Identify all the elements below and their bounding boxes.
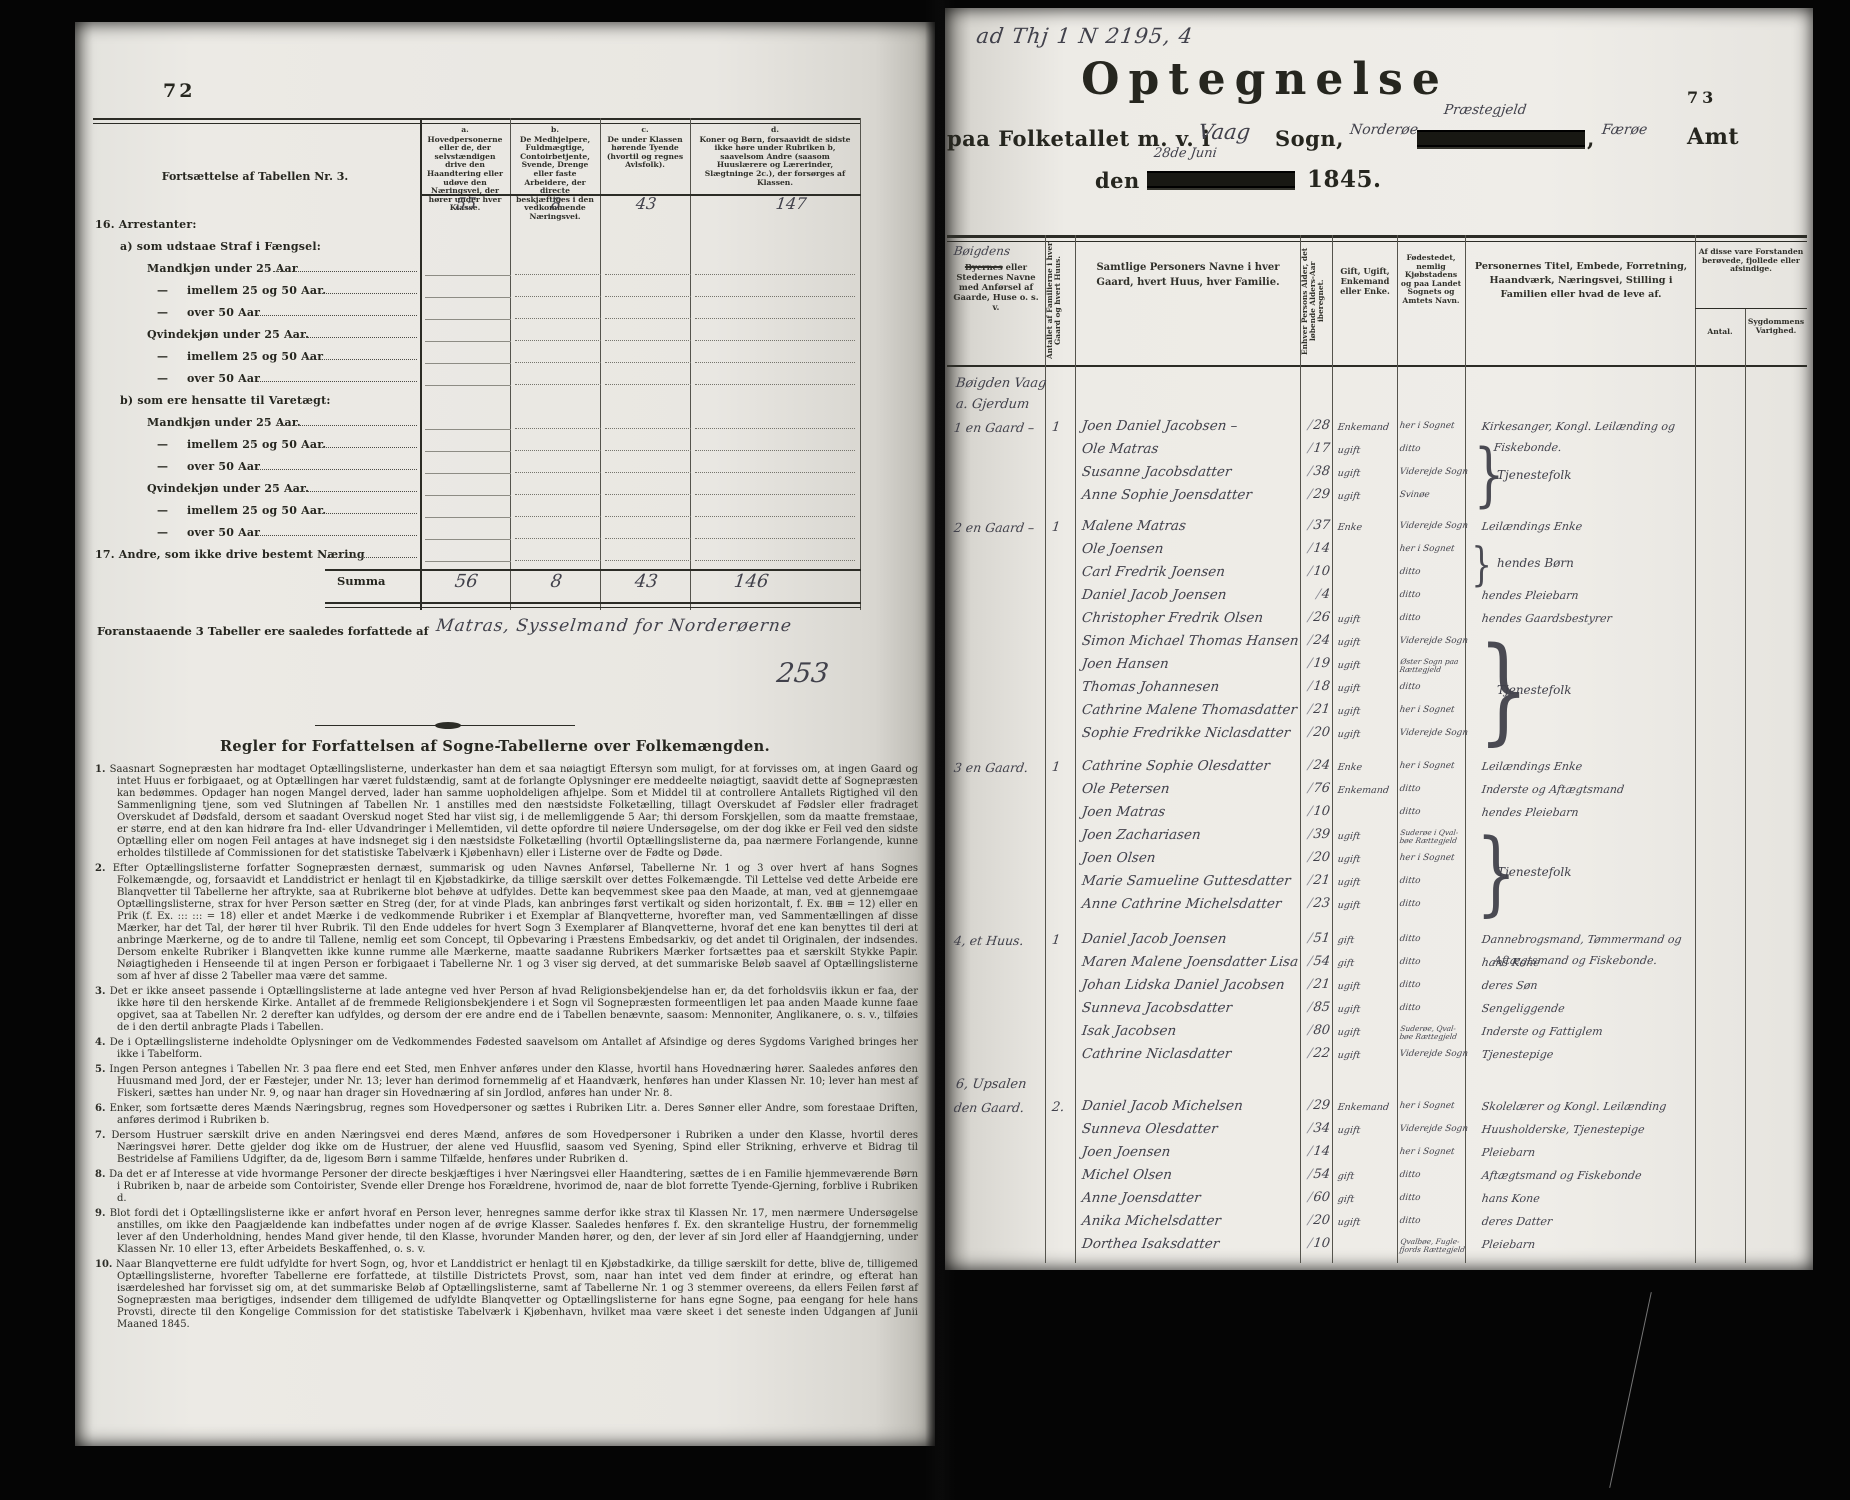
person-name: Cathrine Sophie Olesdatter bbox=[1081, 758, 1271, 774]
rule-number: 8. bbox=[95, 1169, 109, 1180]
table-row: a) som udstaae Straf i Fængsel: bbox=[95, 237, 860, 259]
subtitle-printed-2: Sogn, bbox=[1275, 126, 1344, 151]
person-birthplace: ditto bbox=[1399, 1004, 1421, 1013]
cell-underline bbox=[695, 318, 855, 319]
col-header-age: Enhver Persons Alder, det løbende Alders… bbox=[1301, 240, 1331, 362]
rtable-top-rule bbox=[947, 235, 1807, 238]
person-birthplace: ditto bbox=[1399, 958, 1421, 967]
person-birthplace: Viderejde Sogn bbox=[1399, 1125, 1468, 1134]
person-status: ugift bbox=[1337, 706, 1361, 717]
col-text: De under Klassen hørende Tyende (hvortil… bbox=[602, 135, 688, 171]
cell-underline bbox=[425, 341, 511, 342]
person-status: ugift bbox=[1337, 877, 1361, 888]
person-age: 23 bbox=[1293, 896, 1331, 911]
person-occupation: Kirkesanger, Kongl. Leilænding og bbox=[1481, 420, 1676, 433]
person-age: 20 bbox=[1293, 725, 1331, 740]
cell-underline bbox=[605, 428, 691, 429]
struck-printed-text bbox=[1417, 130, 1585, 147]
summa-value: 8 bbox=[515, 571, 598, 592]
person-age: 54 bbox=[1293, 954, 1331, 969]
cell-underline bbox=[425, 363, 511, 364]
dotted-leader bbox=[313, 447, 417, 448]
cell-underline bbox=[425, 495, 511, 496]
person-birthplace: Qvalbøe, Fugle-fjords Rættegjeld bbox=[1399, 1237, 1466, 1254]
handwritten-number: 253 bbox=[775, 658, 830, 689]
group-heading: Bøigden Vaag bbox=[955, 376, 1047, 391]
cell-underline bbox=[605, 560, 691, 561]
person-birthplace: ditto bbox=[1399, 683, 1421, 692]
person-birthplace: her i Sognet bbox=[1399, 422, 1455, 431]
struck-byernes: Byernes bbox=[965, 262, 1003, 272]
rtable-header-bottom bbox=[947, 365, 1807, 367]
cell-underline bbox=[695, 362, 855, 363]
person-status: gift bbox=[1337, 1171, 1355, 1182]
person-birthplace: ditto bbox=[1399, 981, 1421, 990]
person-occupation: hans Kone bbox=[1481, 956, 1541, 969]
rule-number: 3. bbox=[95, 986, 110, 997]
prefill-value: 43 bbox=[605, 194, 687, 213]
col-header-status: Gift, Ugift, Enkemand eller Enke. bbox=[1335, 266, 1395, 296]
person-age: 39 bbox=[1293, 827, 1331, 842]
person-birthplace: Øster Sogn paaRættegjeld bbox=[1399, 657, 1459, 674]
row-label: imellem 25 og 50 Aar bbox=[187, 350, 323, 363]
person-name: Christopher Fredrik Olsen bbox=[1081, 610, 1264, 626]
dotted-leader bbox=[278, 425, 417, 426]
person-birthplace-line2: Rættegjeld bbox=[1399, 666, 1458, 674]
col-key: c. bbox=[602, 126, 688, 135]
person-status: ugift bbox=[1337, 981, 1361, 992]
rule-number: 1. bbox=[95, 764, 110, 775]
person-birthplace: Suderøe i Qval-bøe Rættegjeld bbox=[1399, 828, 1459, 845]
person-birthplace: Viderejde Sogn bbox=[1399, 1050, 1468, 1059]
person-status: Enkemand bbox=[1337, 422, 1390, 433]
person-occupation: Inderste og Fattiglem bbox=[1481, 1025, 1603, 1038]
person-age: 14 bbox=[1293, 541, 1331, 556]
rule-item: 2. Efter Optællingslisterne forfatter So… bbox=[95, 863, 918, 983]
row-label: over 50 Aar bbox=[187, 460, 260, 473]
person-occupation: Pleiebarn bbox=[1481, 1146, 1536, 1159]
table-row: Mandkjøn under 25 Aar bbox=[95, 259, 860, 281]
person-status: ugift bbox=[1337, 729, 1361, 740]
handwritten-district: Norderøe bbox=[1349, 122, 1419, 138]
person-age: 19 bbox=[1293, 656, 1331, 671]
prefill-value: 8 bbox=[515, 194, 597, 213]
cell-underline bbox=[695, 494, 855, 495]
dash-mark: — bbox=[157, 284, 168, 297]
table-row: b) som ere hensatte til Varetægt: bbox=[95, 391, 860, 413]
dotted-leader bbox=[257, 315, 417, 316]
person-name: Daniel Jacob Joensen bbox=[1081, 931, 1227, 947]
person-age: 38 bbox=[1293, 464, 1331, 479]
dotted-leader bbox=[313, 293, 417, 294]
row-label: Qvindekjøn under 25 Aar. bbox=[147, 482, 309, 495]
person-birthplace: Viderejde Sogn bbox=[1399, 522, 1468, 531]
person-age: 29 bbox=[1293, 1098, 1331, 1113]
person-status: gift bbox=[1337, 958, 1355, 969]
table-row: —over 50 Aar bbox=[95, 303, 860, 325]
cell-underline bbox=[695, 472, 855, 473]
dotted-leader bbox=[257, 469, 417, 470]
person-name: Malene Matras bbox=[1081, 518, 1187, 534]
group-heading: 6, Upsalen bbox=[955, 1077, 1027, 1092]
person-occupation: Tjenestepige bbox=[1481, 1048, 1554, 1061]
person-birthplace: her i Sognet bbox=[1399, 1148, 1455, 1157]
person-name: Maren Malene Joensdatter Lisa bbox=[1081, 954, 1299, 970]
person-name: Michel Olsen bbox=[1081, 1167, 1173, 1183]
cell-underline bbox=[695, 538, 855, 539]
person-name: Isak Jacobsen bbox=[1081, 1023, 1177, 1039]
col-header-names: Samtlige Personers Navne i hver Gaard, h… bbox=[1081, 260, 1295, 290]
row-label: imellem 25 og 50 Aar. bbox=[187, 504, 326, 517]
person-age: 37 bbox=[1293, 518, 1331, 533]
person-name: Marie Samueline Guttesdatter bbox=[1081, 873, 1292, 889]
census-book-scan: 72 Fortsættelse af Tabellen Nr. 3. a.Hov… bbox=[0, 0, 1850, 1500]
dateline-year: 1845. bbox=[1307, 166, 1382, 193]
person-name: Johan Lidska Daniel Jacobsen bbox=[1081, 977, 1285, 993]
person-name: Anne Cathrine Michelsdatter bbox=[1081, 896, 1282, 912]
cell-underline bbox=[515, 340, 601, 341]
left-table-rows: 16. Arrestanter:a) som udstaae Straf i F… bbox=[95, 215, 860, 569]
person-birthplace: ditto bbox=[1399, 935, 1421, 944]
cell-underline bbox=[425, 275, 511, 276]
person-status: ugift bbox=[1337, 614, 1361, 625]
person-name: Thomas Johannesen bbox=[1081, 679, 1220, 695]
person-age: 22 bbox=[1293, 1046, 1331, 1061]
rcol-line-2 bbox=[1075, 235, 1076, 1263]
dash-mark: — bbox=[157, 372, 168, 385]
person-name: Sophie Fredrikke Niclasdatter bbox=[1081, 725, 1291, 741]
table-row: —imellem 25 og 50 Aar. bbox=[95, 501, 860, 523]
rule-number: 2. bbox=[95, 863, 113, 874]
person-age: 85 bbox=[1293, 1000, 1331, 1015]
person-birthplace: ditto bbox=[1399, 877, 1421, 886]
person-status: ugift bbox=[1337, 900, 1361, 911]
cell-underline bbox=[605, 450, 691, 451]
person-name: Anne Joensdatter bbox=[1081, 1190, 1202, 1206]
table-caption: Fortsættelse af Tabellen Nr. 3. bbox=[105, 170, 405, 183]
person-age: 80 bbox=[1293, 1023, 1331, 1038]
row-label: imellem 25 og 50 Aar. bbox=[187, 438, 326, 451]
person-birthplace: ditto bbox=[1399, 1171, 1421, 1180]
person-age: 14 bbox=[1293, 1144, 1331, 1159]
page-title: Optegnelse bbox=[1005, 54, 1525, 105]
row-label: over 50 Aar bbox=[187, 526, 260, 539]
rule-number: 4. bbox=[95, 1037, 110, 1048]
dateline-den: den bbox=[1095, 168, 1140, 193]
rule-item: 3. Det er ikke anseet passende i Optælli… bbox=[95, 986, 918, 1034]
person-status: Enkemand bbox=[1337, 785, 1390, 796]
person-occupation: Leilændings Enke bbox=[1481, 520, 1583, 533]
table-row: —imellem 25 og 50 Aar. bbox=[95, 281, 860, 303]
person-age: 21 bbox=[1293, 702, 1331, 717]
brace-label: Tjenestefolk bbox=[1497, 865, 1572, 879]
row-label: a) som udstaae Straf i Fængsel: bbox=[120, 240, 321, 253]
table-right-line bbox=[860, 118, 861, 610]
dash-mark: — bbox=[157, 526, 168, 539]
person-birthplace: ditto bbox=[1399, 614, 1421, 623]
brace-label: hendes Børn bbox=[1497, 556, 1574, 570]
rule-item: 7. Dersom Hustruer særskilt drive en and… bbox=[95, 1130, 918, 1166]
person-name: Joen Hansen bbox=[1081, 656, 1170, 672]
person-status: Enkemand bbox=[1337, 1102, 1390, 1113]
person-birthplace: her i Sognet bbox=[1399, 706, 1455, 715]
person-name: Carl Fredrik Joensen bbox=[1081, 564, 1226, 580]
cell-underline bbox=[695, 340, 855, 341]
dotted-leader bbox=[307, 359, 417, 360]
cell-underline bbox=[515, 538, 601, 539]
cell-underline bbox=[695, 384, 855, 385]
person-birthplace: Viderejde Sogn bbox=[1399, 637, 1468, 646]
cell-underline bbox=[695, 296, 855, 297]
table-row: 17. Andre, som ikke drive bestemt Næring bbox=[95, 545, 860, 567]
person-name: Joen Daniel Jacobsen – bbox=[1081, 418, 1238, 434]
cell-underline bbox=[515, 560, 601, 561]
left-col-header: d.Koner og Børn, forsaavidt de sidste ik… bbox=[692, 126, 858, 188]
person-status: ugift bbox=[1337, 468, 1361, 479]
col-header-occupation: Personernes Titel, Embede, Forretning, H… bbox=[1471, 260, 1691, 302]
person-status: ugift bbox=[1337, 1004, 1361, 1015]
col-header-disability-duration: Sygdommens Varighed. bbox=[1747, 318, 1805, 335]
person-birthplace: Viderejde Sogn bbox=[1399, 729, 1468, 738]
cell-underline bbox=[605, 362, 691, 363]
cell-underline bbox=[515, 428, 601, 429]
rcol-line-5 bbox=[1397, 235, 1398, 1263]
person-name: Sunneva Olesdatter bbox=[1081, 1121, 1219, 1137]
cell-underline bbox=[425, 539, 511, 540]
person-birthplace: ditto bbox=[1399, 591, 1421, 600]
person-occupation: Pleiebarn bbox=[1481, 1238, 1536, 1251]
person-birthplace-line2: fjords Rættegjeld bbox=[1399, 1246, 1465, 1254]
rule-item: 6. Enker, som fortsætte deres Mænds Næri… bbox=[95, 1103, 918, 1127]
table-row: —imellem 25 og 50 Aar. bbox=[95, 435, 860, 457]
group-family-count: 1 bbox=[1051, 760, 1061, 775]
rcol-line-6 bbox=[1465, 235, 1466, 1263]
cell-underline bbox=[695, 450, 855, 451]
right-page-number: 73 bbox=[1687, 88, 1717, 107]
person-birthplace: Suderøe, Qval-bøe Rættegjeld bbox=[1399, 1024, 1458, 1041]
rule-item: 9. Blot fordi det i Optællingslisterne i… bbox=[95, 1208, 918, 1256]
dash-mark: — bbox=[157, 438, 168, 451]
person-age: 51 bbox=[1293, 931, 1331, 946]
dotted-leader bbox=[257, 381, 417, 382]
person-age: 54 bbox=[1293, 1167, 1331, 1182]
row-label: Mandkjøn under 25 Aar. bbox=[147, 416, 301, 429]
row-label: 17. Andre, som ikke drive bestemt Næring bbox=[95, 548, 365, 561]
dotted-leader bbox=[289, 337, 417, 338]
cell-underline bbox=[605, 516, 691, 517]
person-status: ugift bbox=[1337, 1217, 1361, 1228]
person-occupation: Skolelærer og Kongl. Leilænding bbox=[1481, 1100, 1667, 1113]
prefill-value: 55 bbox=[425, 194, 507, 213]
person-age: 20 bbox=[1293, 1213, 1331, 1228]
grouping-brace: } bbox=[1471, 541, 1491, 587]
person-occupation: Leilændings Enke bbox=[1481, 760, 1583, 773]
person-status: Enke bbox=[1337, 762, 1363, 773]
person-occupation: deres Datter bbox=[1481, 1215, 1553, 1228]
dotted-leader bbox=[313, 513, 417, 514]
rcol-line-7 bbox=[1695, 235, 1696, 1263]
person-occupation: Huusholderske, Tjenestepige bbox=[1481, 1123, 1645, 1136]
person-age: 60 bbox=[1293, 1190, 1331, 1205]
table-row: Qvindekjøn under 25 Aar. bbox=[95, 325, 860, 347]
person-birthplace: ditto bbox=[1399, 568, 1421, 577]
rule-number: 10. bbox=[95, 1259, 116, 1270]
summa-value: 56 bbox=[425, 571, 508, 592]
person-birthplace: her i Sognet bbox=[1399, 854, 1455, 863]
cell-underline bbox=[695, 428, 855, 429]
table-top-rule bbox=[93, 118, 861, 120]
cell-underline bbox=[515, 450, 601, 451]
col-key: d. bbox=[692, 126, 858, 135]
person-status: ugift bbox=[1337, 854, 1361, 865]
brace-label: Tjenestefolk bbox=[1497, 468, 1572, 482]
person-age: 10 bbox=[1293, 1236, 1331, 1251]
section-divider bbox=[315, 725, 575, 726]
person-name: Ole Petersen bbox=[1081, 781, 1171, 797]
rule-item: 4. De i Optællingslisterne indeholdte Op… bbox=[95, 1037, 918, 1061]
cell-underline bbox=[425, 385, 511, 386]
dotted-leader bbox=[257, 535, 417, 536]
handwritten-praestegjeld: Præstegjeld bbox=[1443, 102, 1527, 118]
person-status: ugift bbox=[1337, 660, 1361, 671]
cell-underline bbox=[425, 473, 511, 474]
person-occupation: Sengeliggende bbox=[1481, 1002, 1566, 1015]
cell-underline bbox=[515, 384, 601, 385]
person-age: 21 bbox=[1293, 873, 1331, 888]
group-place: 1 en Gaard – bbox=[953, 420, 1035, 435]
rcol-line-4 bbox=[1332, 235, 1333, 1263]
film-scratch bbox=[1609, 1292, 1652, 1488]
right-page: ad Thj 1 N 2195, 4 Optegnelse 73 paa Fol… bbox=[945, 8, 1813, 1270]
group-family-count: 1 bbox=[1051, 933, 1061, 948]
person-name: Ole Joensen bbox=[1081, 541, 1164, 557]
row-label: 16. Arrestanter: bbox=[95, 218, 197, 231]
person-birthplace: her i Sognet bbox=[1399, 545, 1455, 554]
dotted-leader bbox=[327, 557, 417, 558]
person-birthplace: her i Sognet bbox=[1399, 762, 1455, 771]
table-row: —over 50 Aar bbox=[95, 457, 860, 479]
attestation-signature: Matras, Sysselmand for Norderøerne bbox=[435, 616, 793, 636]
summa-value: 146 bbox=[695, 571, 808, 592]
left-page: 72 Fortsættelse af Tabellen Nr. 3. a.Hov… bbox=[75, 22, 935, 1446]
cell-underline bbox=[515, 318, 601, 319]
person-occupation: deres Søn bbox=[1481, 979, 1538, 992]
person-name: Anika Michelsdatter bbox=[1081, 1213, 1222, 1229]
summa-label: Summa bbox=[337, 574, 385, 588]
person-age: 20 bbox=[1293, 850, 1331, 865]
rule-number: 6. bbox=[95, 1103, 110, 1114]
person-occupation: Inderste og Aftægtsmand bbox=[1481, 783, 1625, 796]
cell-underline bbox=[425, 561, 511, 562]
cell-underline bbox=[425, 451, 511, 452]
person-name: Sunneva Jacobsdatter bbox=[1081, 1000, 1233, 1016]
rules-list: 1. Saasnart Sognepræsten har modtaget Op… bbox=[95, 764, 918, 1334]
rtable-top-rule-2 bbox=[947, 241, 1807, 242]
person-birthplace: ditto bbox=[1399, 785, 1421, 794]
person-status: ugift bbox=[1337, 491, 1361, 502]
person-name: Joen Joensen bbox=[1081, 1144, 1171, 1160]
dotted-leader bbox=[273, 271, 417, 272]
cell-underline bbox=[515, 472, 601, 473]
person-birthplace: Svinøe bbox=[1399, 491, 1430, 500]
archival-annotation: ad Thj 1 N 2195, 4 bbox=[975, 24, 1195, 48]
group-place: den Gaard. bbox=[953, 1100, 1025, 1115]
rcol-line-8 bbox=[1745, 308, 1746, 1263]
person-birthplace-line2: bøe Rættegjeld bbox=[1399, 1033, 1457, 1041]
person-occupation: hans Kone bbox=[1481, 1192, 1541, 1205]
row-label: over 50 Aar bbox=[187, 372, 260, 385]
col-text: Koner og Børn, forsaavidt de sidste ikke… bbox=[692, 135, 858, 189]
person-name: Ole Matras bbox=[1081, 441, 1159, 457]
group-place: 3 en Gaard. bbox=[953, 760, 1029, 775]
person-status: gift bbox=[1337, 1194, 1355, 1205]
rule-number: 5. bbox=[95, 1064, 109, 1075]
rule-item: 10. Naar Blanqvetterne ere fuldt udfyldt… bbox=[95, 1259, 918, 1331]
dash-mark: — bbox=[157, 504, 168, 517]
attestation-text: Foranstaaende 3 Tabeller ere saaledes fo… bbox=[97, 624, 429, 638]
table-row: Mandkjøn under 25 Aar. bbox=[95, 413, 860, 435]
subtitle-comma: , bbox=[1587, 126, 1595, 151]
person-name: Cathrine Niclasdatter bbox=[1081, 1046, 1232, 1062]
row-label: Qvindekjøn under 25 Aar. bbox=[147, 328, 309, 341]
person-birthplace: ditto bbox=[1399, 900, 1421, 909]
group-family-count: 2. bbox=[1051, 1100, 1065, 1115]
person-birthplace: ditto bbox=[1399, 1217, 1421, 1226]
left-page-number: 72 bbox=[163, 80, 195, 102]
person-name: Joen Matras bbox=[1081, 804, 1166, 820]
cell-underline bbox=[605, 296, 691, 297]
col-key: a. bbox=[422, 126, 508, 135]
cell-underline bbox=[605, 384, 691, 385]
person-occupation: Aftægtsmand og Fiskebonde bbox=[1481, 1169, 1642, 1182]
person-age: 28 bbox=[1293, 418, 1331, 433]
subtitle-printed-3: Amt bbox=[1687, 124, 1739, 150]
summa-value: 43 bbox=[605, 571, 688, 592]
person-age: 4 bbox=[1293, 587, 1331, 602]
group-place: 2 en Gaard – bbox=[953, 520, 1035, 535]
disability-subrule bbox=[1695, 308, 1807, 309]
person-name: Daniel Jacob Michelsen bbox=[1081, 1098, 1244, 1114]
row-label: b) som ere hensatte til Varetægt: bbox=[120, 394, 331, 407]
col-key: b. bbox=[512, 126, 598, 135]
cell-underline bbox=[515, 274, 601, 275]
person-birthplace: ditto bbox=[1399, 808, 1421, 817]
cell-underline bbox=[605, 472, 691, 473]
dash-mark: — bbox=[157, 306, 168, 319]
person-status: gift bbox=[1337, 935, 1355, 946]
person-birthplace: her i Sognet bbox=[1399, 1102, 1455, 1111]
person-status: ugift bbox=[1337, 445, 1361, 456]
left-col-header: c.De under Klassen hørende Tyende (hvort… bbox=[602, 126, 688, 171]
table-row: —imellem 25 og 50 Aar bbox=[95, 347, 860, 369]
cell-underline bbox=[605, 274, 691, 275]
dash-mark: — bbox=[157, 460, 168, 473]
handwritten-date: 28de Juni bbox=[1153, 146, 1218, 161]
col-header-disability-count: Antal. bbox=[1697, 328, 1743, 337]
cell-underline bbox=[605, 340, 691, 341]
person-age: 18 bbox=[1293, 679, 1331, 694]
cell-underline bbox=[425, 517, 511, 518]
cell-underline bbox=[515, 494, 601, 495]
col-header-birthplace: Fødestedet, nemlig Kjøbstadens og paa La… bbox=[1399, 254, 1463, 306]
group-place: 4, et Huus. bbox=[953, 933, 1025, 948]
cell-underline bbox=[605, 494, 691, 495]
person-status: ugift bbox=[1337, 1125, 1361, 1136]
col-header-place: Byernes eller Stedernes Navne med Anførs… bbox=[951, 262, 1041, 312]
cell-underline bbox=[425, 429, 511, 430]
group-family-count: 1 bbox=[1051, 420, 1061, 435]
summa-bottom-rule bbox=[325, 602, 861, 604]
